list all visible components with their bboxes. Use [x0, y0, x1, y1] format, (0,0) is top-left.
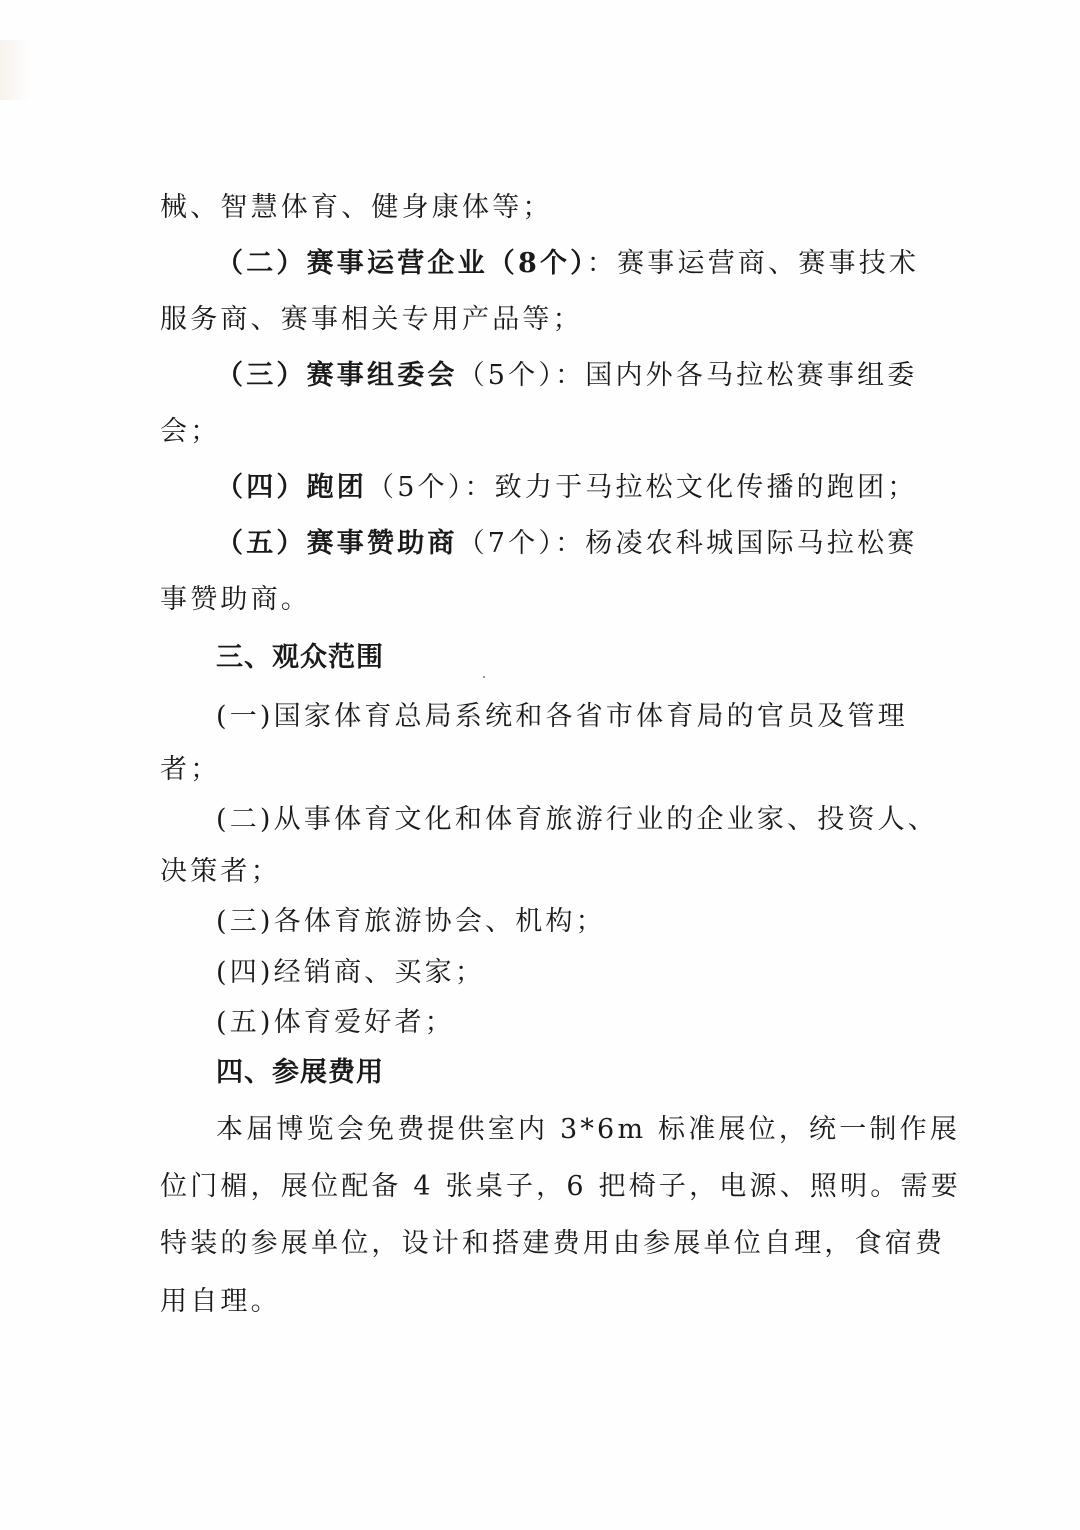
- paragraph-line: 服务商、赛事相关专用产品等；: [160, 300, 920, 340]
- fees-paragraph-line: 特装的参展单位，设计和搭建费用由参展单位自理，食宿费: [160, 1224, 920, 1264]
- category-desc: （5个）：致力于马拉松文化传播的跑团；: [367, 472, 917, 503]
- audience-item-4: (四)经销商、买家；: [216, 953, 920, 993]
- scan-edge-shadow: [0, 40, 30, 100]
- audience-item-1: (一)国家体育总局系统和各省市体育局的官员及管理: [216, 697, 920, 737]
- category-title: （二）赛事运营企业（8个）: [216, 248, 587, 279]
- audience-item-3: (三)各体育旅游协会、机构；: [216, 902, 920, 942]
- category-desc: ：赛事运营商、赛事技术: [587, 248, 919, 279]
- exhibitor-category-5: （五）赛事赞助商（7个）：杨凌农科城国际马拉松赛: [216, 524, 920, 564]
- paragraph-line: 械、智慧体育、健身康体等；: [160, 188, 920, 228]
- fees-paragraph-line: 位门楣，展位配备 4 张桌子，6 把椅子，电源、照明。需要: [160, 1167, 920, 1207]
- section-heading-audience: 三、观众范围: [216, 638, 920, 678]
- paragraph-line: 会；: [160, 412, 920, 452]
- category-title: （四）跑团: [216, 472, 367, 503]
- audience-item-5: (五)体育爱好者；: [216, 1003, 920, 1043]
- document-page: 械、智慧体育、健身康体等； （二）赛事运营企业（8个）：赛事运营商、赛事技术 服…: [0, 0, 1080, 1530]
- category-title: （三）赛事组委会: [216, 360, 458, 391]
- paragraph-line: 决策者；: [160, 852, 920, 892]
- paragraph-line: 事赞助商。: [160, 580, 920, 620]
- category-desc: （7个）：杨凌农科城国际马拉松赛: [458, 528, 918, 559]
- exhibitor-category-2: （二）赛事运营企业（8个）：赛事运营商、赛事技术: [216, 244, 920, 284]
- fees-paragraph-line: 本届博览会免费提供室内 3*6m 标准展位，统一制作展: [216, 1110, 920, 1150]
- fees-paragraph-line: 用自理。: [160, 1282, 920, 1322]
- scan-speck: [483, 676, 485, 678]
- audience-item-2: (二)从事体育文化和体育旅游行业的企业家、投资人、: [216, 800, 920, 840]
- category-title: （五）赛事赞助商: [216, 528, 458, 559]
- paragraph-line: 者；: [160, 750, 920, 790]
- section-heading-fees: 四、参展费用: [216, 1053, 920, 1093]
- category-desc: （5个）：国内外各马拉松赛事组委: [458, 360, 918, 391]
- exhibitor-category-4: （四）跑团（5个）：致力于马拉松文化传播的跑团；: [216, 468, 920, 508]
- exhibitor-category-3: （三）赛事组委会（5个）：国内外各马拉松赛事组委: [216, 356, 920, 396]
